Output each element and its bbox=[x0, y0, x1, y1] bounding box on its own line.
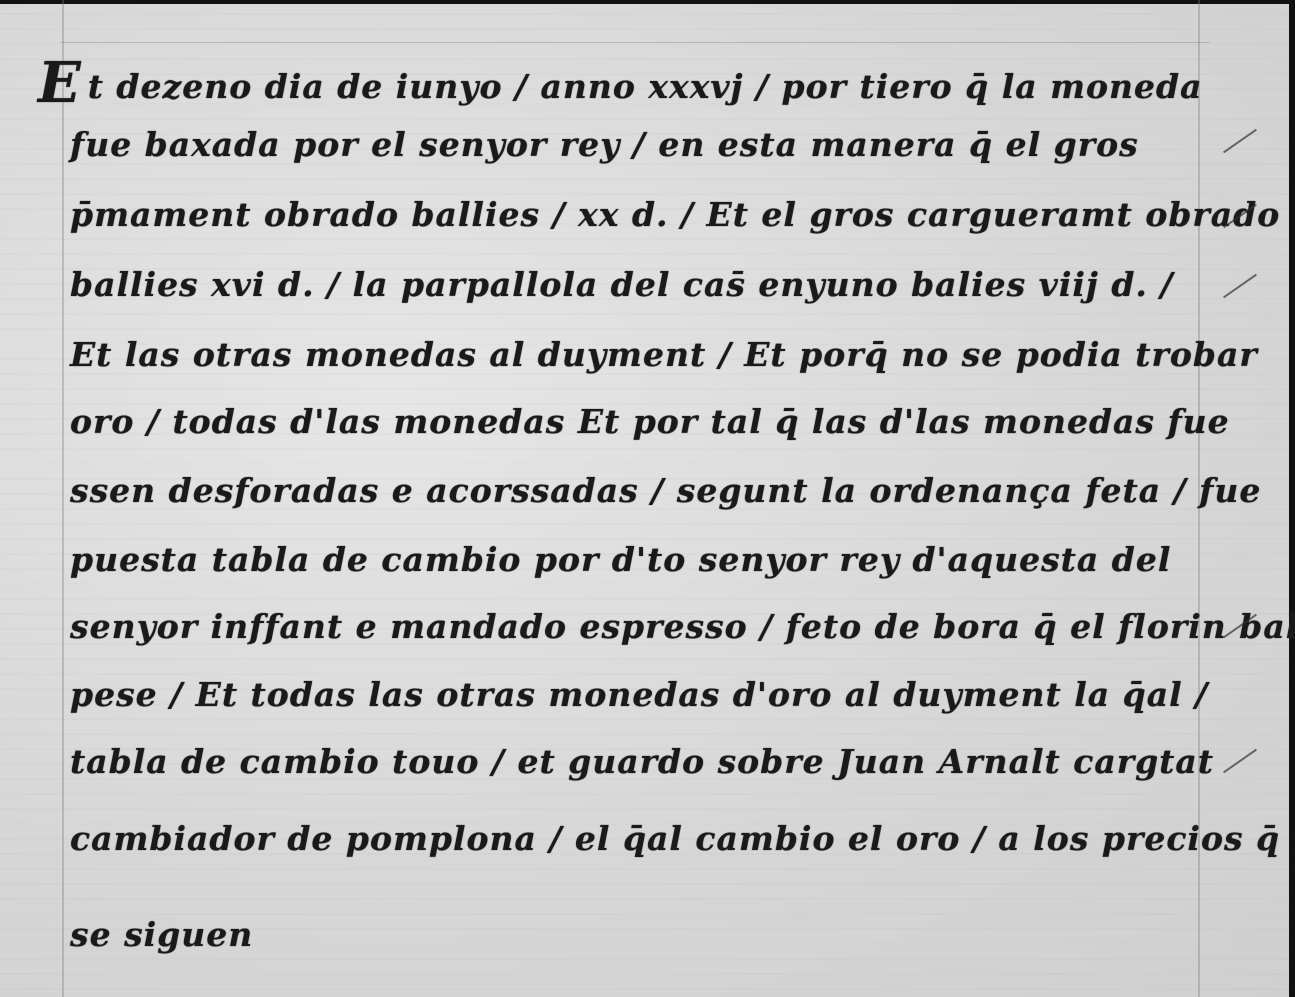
manuscript-line-4: ballies xvi d. / la parpallola del cas̄ … bbox=[70, 268, 1173, 301]
decorated-initial: E bbox=[38, 50, 82, 116]
line-text: oro / todas d'las monedas Et por tal q̄ … bbox=[70, 402, 1230, 441]
scan-border-right bbox=[1289, 0, 1295, 997]
manuscript-line-11: tabla de cambio touo / et guardo sobre J… bbox=[70, 745, 1214, 778]
top-ruling-line bbox=[60, 42, 1210, 43]
line-text: tabla de cambio touo / et guardo sobre J… bbox=[70, 742, 1214, 781]
manuscript-line-1: Et dezeno dia de iunyo / anno xxxvj / po… bbox=[38, 55, 1203, 111]
manuscript-line-6: oro / todas d'las monedas Et por tal q̄ … bbox=[70, 405, 1230, 438]
manuscript-line-7: ssen desforadas e acorssadas / segunt la… bbox=[70, 474, 1261, 507]
line-text: p̄mament obrado ballies / xx d. / Et el … bbox=[70, 195, 1280, 234]
scan-border-top bbox=[0, 0, 1295, 4]
line-text: Et las otras monedas al duyment / Et por… bbox=[70, 335, 1258, 374]
manuscript-line-8: puesta tabla de cambio por d'to senyor r… bbox=[70, 543, 1171, 576]
line-text: ballies xvi d. / la parpallola del cas̄ … bbox=[70, 265, 1173, 304]
manuscript-line-13: se siguen bbox=[70, 918, 253, 951]
manuscript-line-10: pese / Et todas las otras monedas d'oro … bbox=[70, 678, 1208, 711]
manuscript-line-3: p̄mament obrado ballies / xx d. / Et el … bbox=[70, 198, 1280, 231]
manuscript-line-2: fue baxada por el senyor rey / en esta m… bbox=[70, 128, 1139, 161]
manuscript-line-9: senyor inffant e mandado espresso / feto… bbox=[70, 610, 1295, 643]
line-text: ssen desforadas e acorssadas / segunt la… bbox=[70, 471, 1261, 510]
left-margin-ruling bbox=[62, 0, 64, 997]
line-text: cambiador de pomplona / el q̄al cambio e… bbox=[70, 819, 1280, 858]
manuscript-line-5: Et las otras monedas al duyment / Et por… bbox=[70, 338, 1258, 371]
manuscript-page: Et dezeno dia de iunyo / anno xxxvj / po… bbox=[0, 0, 1295, 997]
line-end-stroke bbox=[1223, 749, 1257, 774]
line-text: se siguen bbox=[70, 915, 253, 954]
line-text: senyor inffant e mandado espresso / feto… bbox=[70, 607, 1295, 646]
line-end-stroke bbox=[1223, 129, 1257, 154]
line-text: t dezeno dia de iunyo / anno xxxvj / por… bbox=[88, 67, 1203, 106]
manuscript-line-12: cambiador de pomplona / el q̄al cambio e… bbox=[70, 822, 1280, 855]
line-text: pese / Et todas las otras monedas d'oro … bbox=[70, 675, 1208, 714]
line-end-stroke bbox=[1223, 274, 1257, 299]
line-text: fue baxada por el senyor rey / en esta m… bbox=[70, 125, 1139, 164]
line-text: puesta tabla de cambio por d'to senyor r… bbox=[70, 540, 1171, 579]
